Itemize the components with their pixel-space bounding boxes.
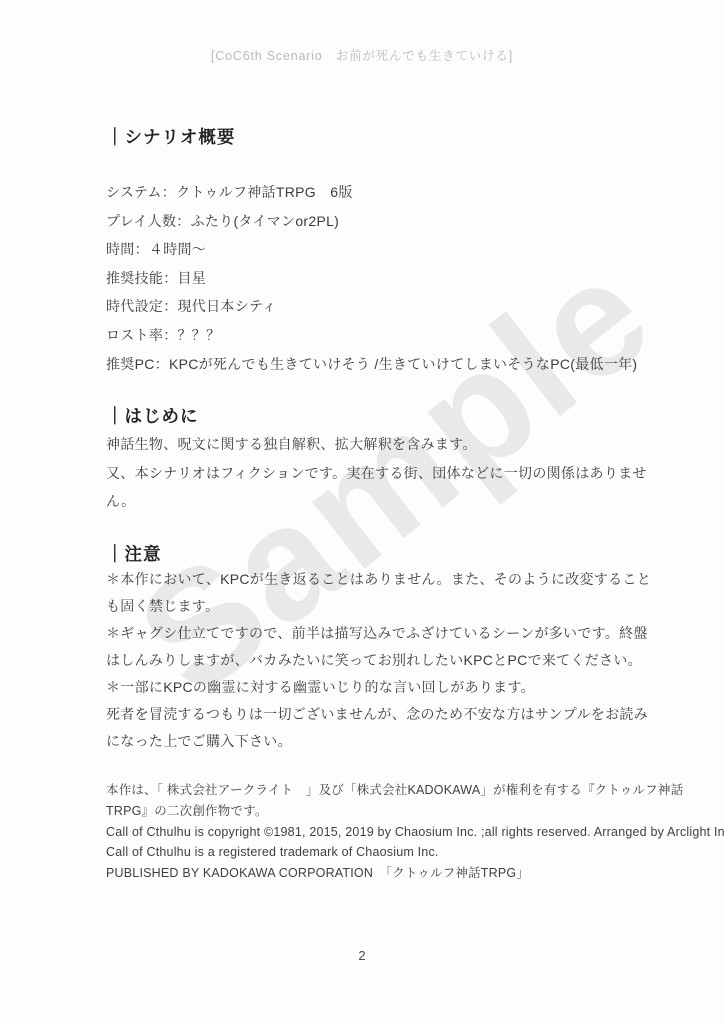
caution-line: ＊一部にKPCの幽霊に対する幽霊いじり的な言い回しがあります。 [106,674,646,701]
introduction-line: ん。 [106,487,646,516]
caution-line: ＊ギャグシ仕立てですので、前半は描写込みでふざけているシーンが多いです。終盤 [106,620,646,647]
copyright-line: TRPG』の二次創作物です。 [106,801,646,822]
copyright-line: 本作は、「 株式会社アークライト 」及び「株式会社KADOKAWA」が権利を有す… [106,780,646,801]
overview-line: プレイ人数：ふたり(タイマンor2PL) [106,207,646,236]
section-heading-introduction: ｜はじめに [106,403,199,428]
caution-line: も固く禁じます。 [106,593,646,620]
caution-line: 死者を冒涜するつもりは一切ございませんが、念のため不安な方はサンプルをお読み [106,701,646,728]
copyright-line: Call of Cthulhu is copyright ©1981, 2015… [106,822,646,843]
overview-line: 推奨PC：KPCが死んでも生きていけそう /生きていけてしまいそうなPC(最低一… [106,350,646,379]
copyright-line: PUBLISHED BY KADOKAWA CORPORATION 「クトゥルフ… [106,863,646,884]
introduction-line: 又、本シナリオはフィクションです。実在する街、団体などに一切の関係はありませ [106,459,646,488]
document-page: Sample [CoC6th Scenario お前が死んでも生きていける] ｜… [0,0,724,1024]
caution-line: はしんみりしますが、バカみたいに笑ってお別れしたいKPCとPCで来てください。 [106,647,646,674]
running-header-title: [CoC6th Scenario お前が死んでも生きていける] [0,46,724,64]
overview-line: 推奨技能：目星 [106,264,646,293]
introduction-lines: 神話生物、呪文に関する独自解釈、拡大解釈を含みます。又、本シナリオはフィクション… [106,430,646,516]
copyright-line: Call of Cthulhu is a registered trademar… [106,842,646,863]
overview-line: 時間：４時間〜 [106,235,646,264]
overview-line: ロスト率：？？？ [106,321,646,350]
page-number: 2 [0,948,724,963]
caution-line: になった上でご購入下さい。 [106,728,646,755]
caution-lines: ＊本作において、KPCが生き返ることはありません。また、そのように改変することも… [106,566,646,755]
overview-line: 時代設定：現代日本シティ [106,292,646,321]
copyright-notice: 本作は、「 株式会社アークライト 」及び「株式会社KADOKAWA」が権利を有す… [106,780,646,884]
scenario-overview-lines: システム：クトゥルフ神話TRPG 6版プレイ人数：ふたり(タイマンor2PL)時… [106,178,646,378]
overview-line: システム：クトゥルフ神話TRPG 6版 [106,178,646,207]
introduction-line: 神話生物、呪文に関する独自解釈、拡大解釈を含みます。 [106,430,646,459]
section-heading-scenario-overview: ｜シナリオ概要 [106,124,235,149]
section-heading-caution: ｜注意 [106,541,162,566]
caution-line: ＊本作において、KPCが生き返ることはありません。また、そのように改変すること [106,566,646,593]
